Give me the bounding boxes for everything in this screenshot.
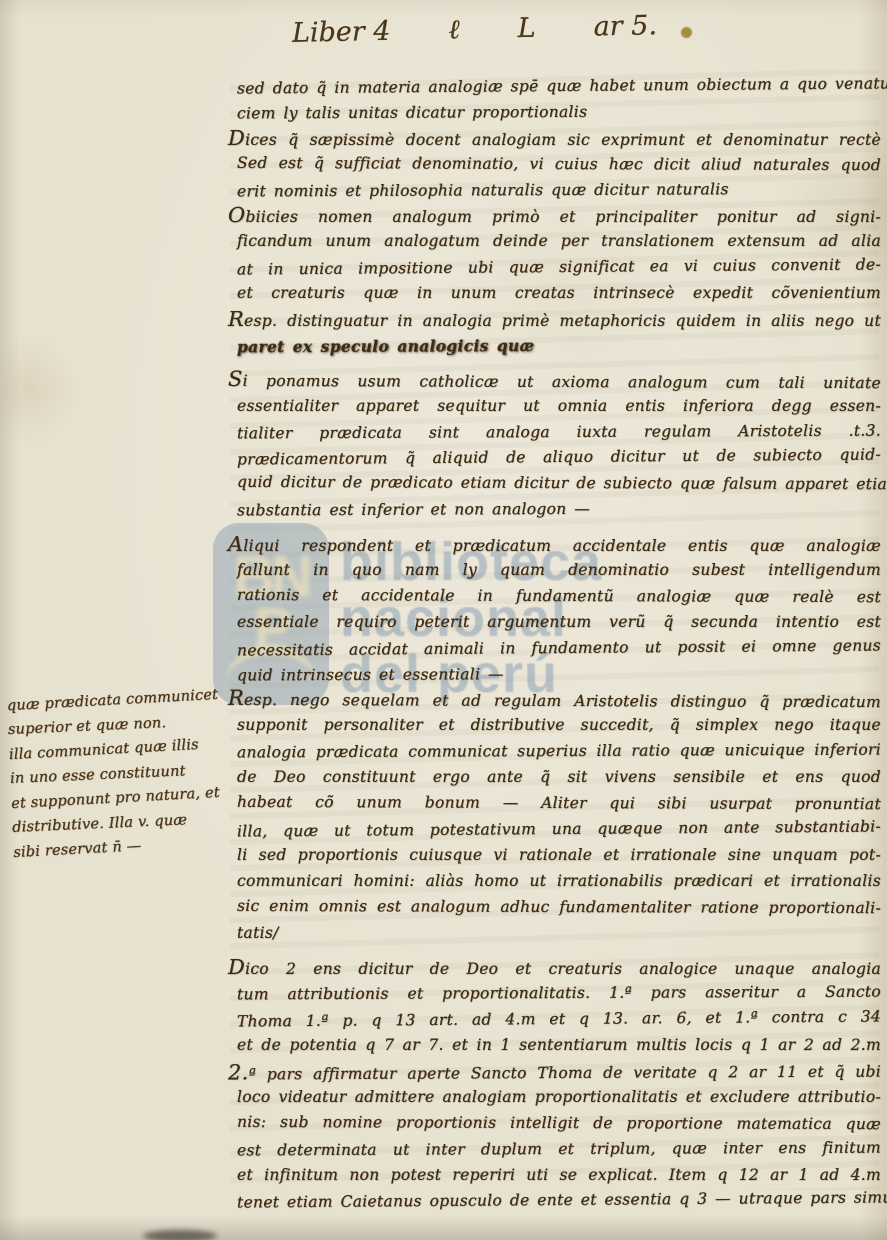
manuscript-line: supponit personaliter et distributive su…	[237, 713, 881, 739]
manuscript-line: illa, quæ ut totum potestativum una quæq…	[237, 814, 881, 845]
manuscript-line: est determinata ut inter duplum et tripl…	[237, 1135, 881, 1164]
margin-annotation: quæ prædicata communicetsuperior et quæ …	[6, 683, 241, 864]
manuscript-line: ficandum unum analogatum deinde per tran…	[237, 229, 881, 255]
manuscript-line: tenet etiam Caietanus opusculo de ente e…	[237, 1186, 881, 1217]
manuscript-line: quid intrinsecus et essentiali —	[237, 660, 881, 689]
manuscript-line: habeat cõ unum bonum — Aliter qui sibi u…	[237, 790, 881, 818]
manuscript-line: Aliqui respondent et prædicatum accident…	[237, 532, 881, 558]
manuscript-line: erit nominis et philosophia naturalis qu…	[237, 176, 881, 205]
manuscript-line: Sed est q̃ sufficiat denominatio, vi cui…	[237, 151, 881, 179]
manuscript-line: at in unica impositione ubi quæ signific…	[237, 253, 881, 284]
manuscript-line: nis: sub nomine proportionis intelligit …	[237, 1110, 881, 1138]
manuscript-line: loco videatur admittere analogiam propor…	[237, 1085, 881, 1111]
manuscript-line: Si ponamus usum catholicæ ut axioma anal…	[237, 367, 881, 395]
manuscript-line: essentialiter apparet sequitur ut omnia …	[237, 394, 881, 420]
main-text-block: sed dato q̃ in materia analogiæ spē quæ …	[237, 74, 881, 1214]
manuscript-line: Dices q̃ sæpissimè docent analogiam sic …	[237, 126, 881, 152]
manuscript-line: 2.ª pars affirmatur aperte Sancto Thoma …	[237, 1058, 881, 1087]
manuscript-line: tatis/	[237, 921, 881, 947]
manuscript-line: analogia prædicata communicat superius i…	[237, 738, 881, 767]
manuscript-line: communicari homini: aliàs homo ut irrati…	[237, 869, 881, 895]
manuscript-line: quid dicitur de prædicato etiam dicitur …	[237, 470, 881, 498]
manuscript-line: necessitatis accidat animali in fundamen…	[237, 633, 881, 664]
manuscript-line: sic enim omnis est analogum adhuc fundam…	[237, 893, 881, 921]
manuscript-line: sed dato q̃ in materia analogiæ spē quæ …	[237, 71, 881, 102]
heading-part: L	[517, 13, 536, 44]
wax-spot	[681, 27, 692, 38]
page-heading: Liber 4ℓLar 5.	[292, 10, 658, 49]
manuscript-line: et infinitum non potest reperiri uti se …	[237, 1163, 881, 1189]
manuscript-line: Obiicies nomen analogum primò et princip…	[237, 203, 881, 229]
manuscript-line: et creaturis quæ in unum creatas intrins…	[237, 281, 881, 307]
manuscript-line: Resp. distinguatur in analogia primè met…	[237, 307, 881, 333]
manuscript-line: substantia est inferior et non analogon …	[237, 496, 881, 525]
manuscript-line: de Deo constituunt ergo ante q̃ sit vive…	[237, 765, 881, 791]
manuscript-line: Resp. nego sequelam et ad regulam Aristo…	[237, 686, 881, 714]
manuscript-line: ciem ly talis unitas dicatur proportiona…	[237, 98, 881, 127]
bottom-edge-smudge	[143, 1230, 217, 1240]
manuscript-line: Dico 2 ens dicitur de Deo et creaturis a…	[237, 955, 881, 981]
manuscript-line: paret ex speculo analogicis quæ	[237, 332, 881, 361]
manuscript-line: essentiale requiro peterit argumentum ve…	[237, 610, 881, 636]
manuscript-line: rationis et accidentale in fundamentũ an…	[237, 583, 881, 611]
manuscript-line: et de potentia q 7 ar 7. et in 1 sentent…	[237, 1033, 881, 1059]
manuscript-page: Liber 4ℓLar 5. BNP bibliotecanacionaldel…	[0, 0, 887, 1240]
heading-part: ℓ	[448, 14, 460, 45]
manuscript-line: li sed proportionis cuiusque vi rational…	[237, 843, 881, 869]
manuscript-line: Thoma 1.ª p. q 13 art. ad 4.m et q 13. a…	[237, 1005, 881, 1036]
heading-part: ar 5.	[593, 10, 657, 42]
heading-part: Liber 4	[292, 16, 391, 49]
manuscript-line: fallunt in quo nam ly quam denominatio s…	[237, 558, 881, 584]
